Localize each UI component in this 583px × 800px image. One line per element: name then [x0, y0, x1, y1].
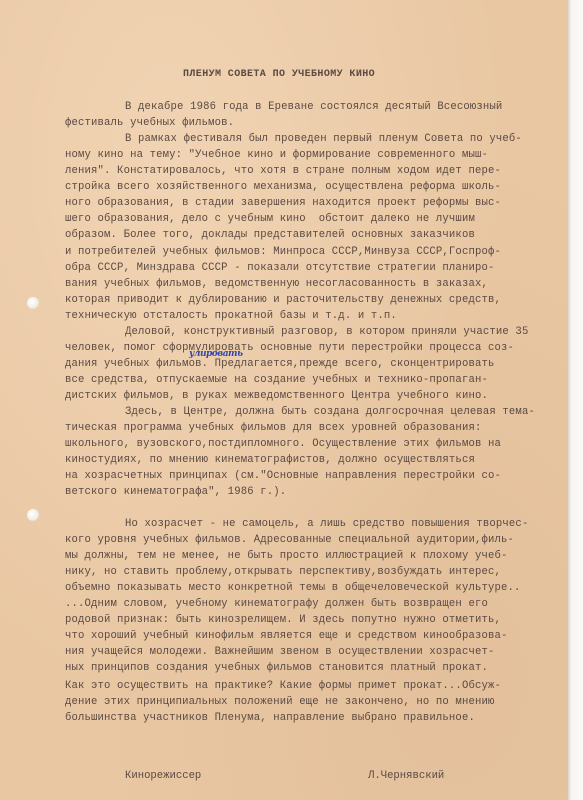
document-title: ПЛЕНУМ СОВЕТА ПО УЧЕБНОМУ КИНО	[183, 69, 375, 80]
text-line: Но хозрасчет - не самоцель, а лишь средс…	[125, 518, 528, 530]
text-line: В декабре 1986 года в Ереване состоялся …	[125, 101, 502, 113]
punch-hole	[27, 509, 39, 521]
text-line: человек, помог сформулировать основные п…	[65, 342, 514, 354]
text-line: Здесь, в Центре, должна быть создана дол…	[125, 406, 535, 418]
text-line: нику, но ставить проблему,открывать перс…	[65, 566, 501, 578]
text-line: ления". Констатировалось, что хотя в стр…	[65, 165, 501, 177]
page-edge	[568, 0, 583, 800]
text-line: стройка всего хозяйственного механизма, …	[65, 181, 501, 193]
text-line: и потребителей учебных фильмов: Минпроса…	[65, 246, 501, 258]
text-line: ния учащейся молодежи. Важнейшим звеном …	[65, 646, 494, 658]
text-line: дания учебных фильмов. Предлагается,преж…	[65, 358, 494, 370]
text-line: В рамках фестиваля был проведен первый п…	[125, 133, 522, 145]
text-line: дистских фильмов, в руках межведомственн…	[65, 390, 488, 402]
text-line: которая приводит к дублированию и расточ…	[65, 294, 501, 306]
text-line: Деловой, конструктивный разговор, в кото…	[125, 326, 528, 338]
text-line: большинства участников Пленума, направле…	[65, 712, 475, 724]
text-line: тическая программа учебных фильмов для в…	[65, 422, 481, 434]
signature-name: Л.Чернявский	[368, 770, 444, 782]
text-line: техническую отсталость прокатной базы и …	[65, 310, 397, 322]
punch-hole	[27, 297, 39, 309]
text-line: ного образования, в стадии завершения на…	[65, 197, 501, 209]
text-line: родовой признак: быть кинозрелищем. И зд…	[65, 614, 501, 626]
signature-role: Кинорежиссер	[125, 770, 201, 782]
text-line: что хороший учебный кинофильм является е…	[65, 630, 508, 642]
handwritten-correction: улировать	[189, 349, 243, 359]
text-line: ...Одним словом, учебному кинематографу …	[65, 598, 488, 610]
text-line: объемно показывать место конкретной темы…	[65, 582, 521, 594]
text-line: ветского кинематографа", 1986 г.).	[65, 486, 286, 498]
text-line: киностудиях, по мнению кинематографистов…	[65, 454, 475, 466]
text-line: ных принципов создания учебных фильмов с…	[65, 662, 488, 674]
text-line: Как это осуществить на практике? Какие ф…	[65, 680, 501, 692]
text-line: вания учебных фильмов, ведомственную нес…	[65, 278, 488, 290]
text-line: все средства, отпускаемые на создание уч…	[65, 374, 488, 386]
text-line: обра СССР, Минздрава СССР - показали отс…	[65, 262, 494, 274]
text-line: образом. Более того, доклады представите…	[65, 229, 475, 241]
text-line: кого уровня учебных фильмов. Адресованны…	[65, 534, 514, 546]
text-line: шего образования, дело с учебным кино об…	[65, 213, 475, 225]
text-line: ному кино на тему: "Учебное кино и форми…	[65, 149, 488, 161]
text-line: на хозрасчетных принципах (см."Основные …	[65, 470, 501, 482]
text-line: мы должны, тем не менее, не быть просто …	[65, 550, 508, 562]
text-line: школьного, вузовского,постдипломного. Ос…	[65, 438, 501, 450]
text-line: дение этих принципиальных положений еще …	[65, 696, 494, 708]
text-line: фестиваль учебных фильмов.	[65, 117, 234, 129]
